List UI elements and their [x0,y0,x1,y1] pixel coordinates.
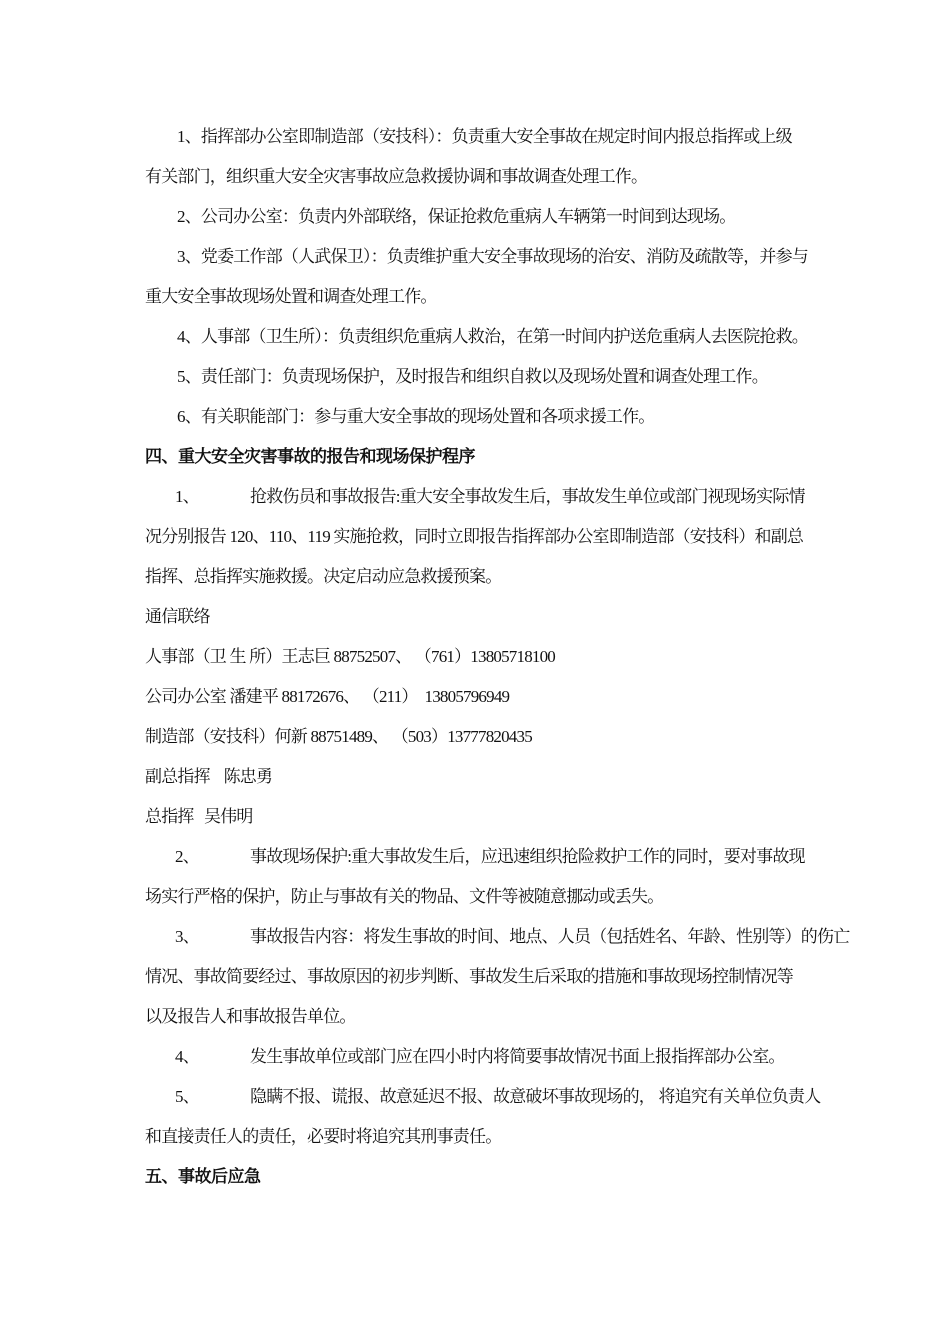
text-line: 3、事故报告内容：将发生事故的时间、地点、人员（包括姓名、年龄、性别等）的伤亡 [145,917,820,957]
line-text: 以及报告人和事故报告单位。 [145,1007,356,1026]
line-text: 6、有关职能部门：参与重大安全事故的现场处置和各项求援工作。 [177,407,655,426]
line-text: 隐瞒不报、谎报、故意延迟不报、故意破坏事故现场的， 将追究有关单位负责人 [250,1087,820,1106]
text-line: 重大安全事故现场处置和调查处理工作。 [145,277,820,317]
text-line: 和直接责任人的责任，必要时将追究其刑事责任。 [145,1117,820,1157]
line-text: 3、党委工作部（人武保卫）：负责维护重大安全事故现场的治安、消防及疏散等，并参与 [177,247,808,266]
text-line: 2、事故现场保护:重大事故发生后，应迅速组织抢险救护工作的同时，要对事故现 [145,837,820,877]
line-text: 和直接责任人的责任，必要时将追究其刑事责任。 [145,1127,501,1146]
line-text: 五、事故后应急 [145,1167,261,1186]
text-line: 副总指挥 陈忠勇 [145,757,820,797]
section-heading: 五、事故后应急 [145,1157,820,1197]
text-line: 总指挥 吴伟明 [145,797,820,837]
text-line: 指挥、总指挥实施救援。决定启动应急救援预案。 [145,557,820,597]
line-text: 抢救伤员和事故报告:重大安全事故发生后，事故发生单位或部门视现场实际情 [250,487,805,506]
text-line: 以及报告人和事故报告单位。 [145,997,820,1037]
section-heading: 四、重大安全灾害事故的报告和现场保护程序 [145,437,820,477]
line-text: 人事部（卫 生 所）王志巨 88752507、 （761）13805718100 [145,647,555,666]
line-text: 有关部门，组织重大安全灾害事故应急救援协调和事故调查处理工作。 [145,167,647,186]
line-text: 5、责任部门：负责现场保护，及时报告和组织自救以及现场处置和调查处理工作。 [177,367,768,386]
line-text: 况分别报告 120、110、119 实施抢救，同时立即报告指挥部办公室即制造部（… [145,527,803,546]
paragraph-number: 5、 [175,1077,250,1117]
line-text: 事故报告内容：将发生事故的时间、地点、人员（包括姓名、年龄、性别等）的伤亡 [250,927,849,946]
text-line: 通信联络 [145,597,820,637]
line-text: 2、公司办公室：负责内外部联络，保证抢救危重病人车辆第一时间到达现场。 [177,207,736,226]
line-text: 指挥、总指挥实施救援。决定启动应急救援预案。 [145,567,501,586]
text-line: 5、责任部门：负责现场保护，及时报告和组织自救以及现场处置和调查处理工作。 [145,357,820,397]
text-line: 况分别报告 120、110、119 实施抢救，同时立即报告指挥部办公室即制造部（… [145,517,820,557]
line-text: 1、指挥部办公室即制造部（安技科）：负责重大安全事故在规定时间内报总指挥或上级 [177,127,792,146]
paragraph-number: 3、 [175,917,250,957]
line-text: 通信联络 [145,607,210,626]
text-line: 2、公司办公室：负责内外部联络，保证抢救危重病人车辆第一时间到达现场。 [145,197,820,237]
line-text: 副总指挥 陈忠勇 [145,767,272,786]
line-text: 情况、事故简要经过、事故原因的初步判断、事故发生后采取的措施和事故现场控制情况等 [145,967,793,986]
text-line: 制造部（安技科）何新 88751489、 （503）13777820435 [145,717,820,757]
line-text: 事故现场保护:重大事故发生后，应迅速组织抢险救护工作的同时，要对事故现 [250,847,805,866]
line-text: 4、人事部（卫生所）：负责组织危重病人救治，在第一时间内护送危重病人去医院抢救。 [177,327,808,346]
text-line: 有关部门，组织重大安全灾害事故应急救援协调和事故调查处理工作。 [145,157,820,197]
text-line: 4、发生事故单位或部门应在四小时内将简要事故情况书面上报指挥部办公室。 [145,1037,820,1077]
line-text: 重大安全事故现场处置和调查处理工作。 [145,287,437,306]
line-text: 发生事故单位或部门应在四小时内将简要事故情况书面上报指挥部办公室。 [250,1047,785,1066]
line-text: 总指挥 吴伟明 [145,807,253,826]
text-line: 1、指挥部办公室即制造部（安技科）：负责重大安全事故在规定时间内报总指挥或上级 [145,117,820,157]
line-text: 公司办公室 潘建平 88172676、 （211） 13805796949 [145,687,509,706]
text-line: 6、有关职能部门：参与重大安全事故的现场处置和各项求援工作。 [145,397,820,437]
text-line: 4、人事部（卫生所）：负责组织危重病人救治，在第一时间内护送危重病人去医院抢救。 [145,317,820,357]
text-line: 场实行严格的保护，防止与事故有关的物品、文件等被随意挪动或丢失。 [145,877,820,917]
text-line: 人事部（卫 生 所）王志巨 88752507、 （761）13805718100 [145,637,820,677]
text-line: 情况、事故简要经过、事故原因的初步判断、事故发生后采取的措施和事故现场控制情况等 [145,957,820,997]
paragraph-number: 1、 [175,477,250,517]
line-text: 制造部（安技科）何新 88751489、 （503）13777820435 [145,727,532,746]
paragraph-number: 2、 [175,837,250,877]
document-page: 1、指挥部办公室即制造部（安技科）：负责重大安全事故在规定时间内报总指挥或上级有… [0,0,950,1344]
text-line: 1、抢救伤员和事故报告:重大安全事故发生后，事故发生单位或部门视现场实际情 [145,477,820,517]
text-line: 公司办公室 潘建平 88172676、 （211） 13805796949 [145,677,820,717]
document-body: 1、指挥部办公室即制造部（安技科）：负责重大安全事故在规定时间内报总指挥或上级有… [0,0,950,1197]
text-line: 3、党委工作部（人武保卫）：负责维护重大安全事故现场的治安、消防及疏散等，并参与 [145,237,820,277]
line-text: 场实行严格的保护，防止与事故有关的物品、文件等被随意挪动或丢失。 [145,887,663,906]
paragraph-number: 4、 [175,1037,250,1077]
text-line: 5、隐瞒不报、谎报、故意延迟不报、故意破坏事故现场的， 将追究有关单位负责人 [145,1077,820,1117]
line-text: 四、重大安全灾害事故的报告和现场保护程序 [145,447,475,466]
